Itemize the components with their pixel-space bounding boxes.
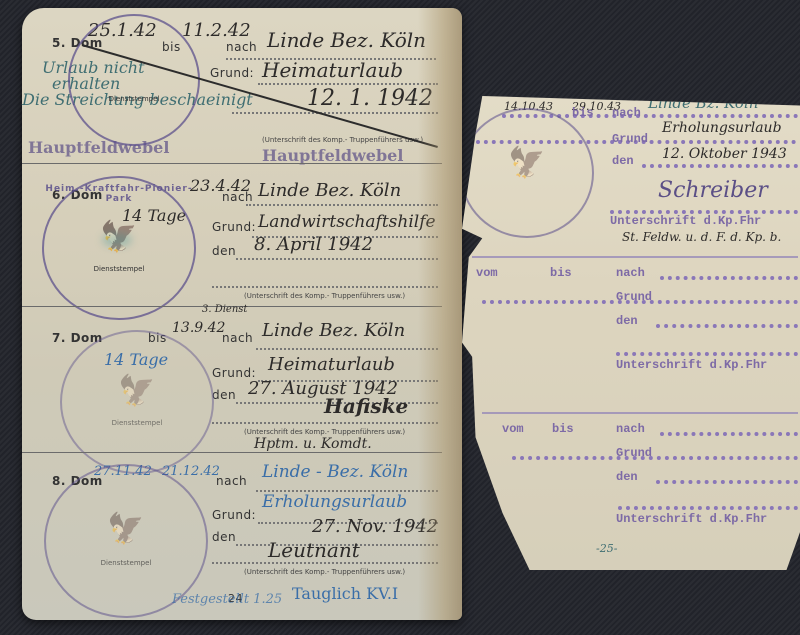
right-entry-2-den-label: den xyxy=(616,314,638,328)
typed-dotted-line xyxy=(512,456,798,460)
entry-5-date: 12. 1. 1942 xyxy=(307,86,433,111)
right-entry-3-vom-label: vom xyxy=(502,422,524,436)
dotted-line xyxy=(258,83,438,85)
feldpost-stamp: 🦅 xyxy=(460,108,594,238)
right-entry-2-bis-label: bis xyxy=(550,266,572,280)
entry-7-nach-label: nach xyxy=(222,331,253,345)
entry-7-margin-note-2: 3. Dienst xyxy=(202,304,247,315)
right-page-number: -25- xyxy=(596,542,617,555)
right-entry-2-nach-label: nach xyxy=(616,266,645,280)
entry-7-signature: Hafiske xyxy=(324,394,408,418)
entry-6-nach-label: nach xyxy=(222,190,253,204)
separator-line xyxy=(22,452,442,453)
dotted-line xyxy=(236,258,438,260)
right-entry-1-signature-rank: St. Feldw. u. d. F. d. Kp. b. xyxy=(622,230,781,244)
entry-5-until: 11.2.42 xyxy=(182,20,251,41)
eagle-emblem-icon: 🦅 xyxy=(107,512,144,547)
right-entry-2-grund-label: Grund xyxy=(616,290,652,304)
ink-stain xyxy=(102,233,132,247)
separator-line xyxy=(22,163,442,164)
entry-8-den-label: den xyxy=(212,530,236,544)
right-entry-3-nach-label: nach xyxy=(616,422,645,436)
entry-6-grund-label: Grund: xyxy=(212,220,256,234)
entry-7-destination: Linde Bez. Köln xyxy=(262,320,405,341)
entry-5-grund-label: Grund: xyxy=(210,66,254,80)
eagle-emblem-icon: 🦅 xyxy=(508,145,545,180)
stamp-caption: Dienststempel xyxy=(62,419,212,427)
footer-left-note: Festgestellt 1.25 xyxy=(172,592,282,607)
entry-5-nach-label: nach xyxy=(226,40,257,54)
entry-7-signature-caption: (Unterschrift des Komp.- Truppenführers … xyxy=(244,428,405,436)
entry-7-reason: Heimaturlaub xyxy=(268,354,395,375)
right-entry-3-signature-label: Unterschrift d.Kp.Fhr xyxy=(616,512,767,526)
separator-line xyxy=(472,256,798,258)
entry-8-destination: Linde - Bez. Köln xyxy=(262,462,408,482)
right-entry-1-date: 12. Oktober 1943 xyxy=(662,146,787,162)
right-entry-2-vom-label: vom xyxy=(476,266,498,280)
right-entry-1-signature-label: Unterschrift d.Kp.Fhr xyxy=(610,214,761,228)
typed-dotted-line xyxy=(656,324,798,328)
eagle-emblem-icon: 🦅 xyxy=(118,373,155,408)
typed-dotted-line xyxy=(660,276,798,280)
stamp-caption: Dienststempel xyxy=(44,265,194,273)
entry-8-grund-label: Grund: xyxy=(212,508,256,522)
typed-dotted-line xyxy=(656,480,798,484)
dotted-line xyxy=(212,562,438,564)
entry-6-destination: Linde Bez. Köln xyxy=(258,180,401,201)
dotted-line xyxy=(256,348,438,350)
entry-7-until: 13.9.42 xyxy=(172,320,225,336)
dotted-line xyxy=(232,112,438,114)
right-entry-1-grund-label: Grund xyxy=(612,132,648,146)
entry-8-date: 27. Nov. 1942 xyxy=(312,516,438,537)
entry-6-signature-caption: (Unterschrift des Komp.- Truppenführers … xyxy=(244,292,405,300)
paybook-right-page: 14.10.43 29.10.43 Linde Bz. Köln bis nac… xyxy=(462,96,800,570)
right-entry-1-bis-label: bis xyxy=(572,106,594,120)
entry-8-signature-caption: (Unterschrift des Komp.- Truppenführers … xyxy=(244,568,405,576)
stamp-caption: Dienststempel xyxy=(46,559,206,567)
right-entry-1-nach-label: nach xyxy=(612,106,641,120)
dotted-line xyxy=(246,204,438,206)
separator-line xyxy=(482,412,798,414)
right-entry-3-den-label: den xyxy=(616,470,638,484)
entry-6-den-label: den xyxy=(212,244,236,258)
dotted-line xyxy=(212,286,438,288)
entry-8-signature: Leutnant xyxy=(268,538,360,562)
entry-5-reason: Heimaturlaub xyxy=(262,58,403,82)
heim-kraftfahr-pionier-park-stamp: Heim.-Kraftfahr-Pionier-Park 🦅 Dienstste… xyxy=(42,176,196,320)
service-stamp: Dienststempel xyxy=(68,14,200,146)
typed-dotted-line xyxy=(618,506,798,510)
typed-dotted-line xyxy=(642,164,798,168)
right-entry-1-den-label: den xyxy=(612,154,634,168)
entry-5-destination: Linde Bez. Köln xyxy=(267,28,426,52)
paybook-left-page: 5. Dom 25.1.42 bis 11.2.42 nach Linde Be… xyxy=(22,8,462,620)
entry-7-den-label: den xyxy=(212,388,236,402)
right-entry-1-destination: Linde Bz. Köln xyxy=(648,94,758,112)
dotted-line xyxy=(212,422,438,424)
right-entry-1-reason: Erholungsurlaub xyxy=(662,120,782,136)
fitness-note: Tauglich KV.I xyxy=(292,584,398,603)
entry-6-date: 8. April 1942 xyxy=(254,234,373,255)
typed-dotted-line xyxy=(616,352,798,356)
right-entry-2-signature-label: Unterschrift d.Kp.Fhr xyxy=(616,358,767,372)
entry-6-reason: Landwirtschaftshilfe xyxy=(258,212,436,232)
stamp-caption: Dienststempel xyxy=(70,95,198,103)
stamp-ring-text: Heim.-Kraftfahr-Pionier-Park xyxy=(44,184,194,204)
entry-8-reason: Erholungsurlaub xyxy=(262,492,407,512)
typed-dotted-line xyxy=(660,432,798,436)
right-entry-3-bis-label: bis xyxy=(552,422,574,436)
entry-7-signature-rank: Hptm. u. Komdt. xyxy=(254,436,372,452)
entry-8-nach-label: nach xyxy=(216,474,247,488)
right-entry-1-signature: Schreiber xyxy=(658,178,768,203)
right-entry-3-grund-label: Grund xyxy=(616,446,652,460)
